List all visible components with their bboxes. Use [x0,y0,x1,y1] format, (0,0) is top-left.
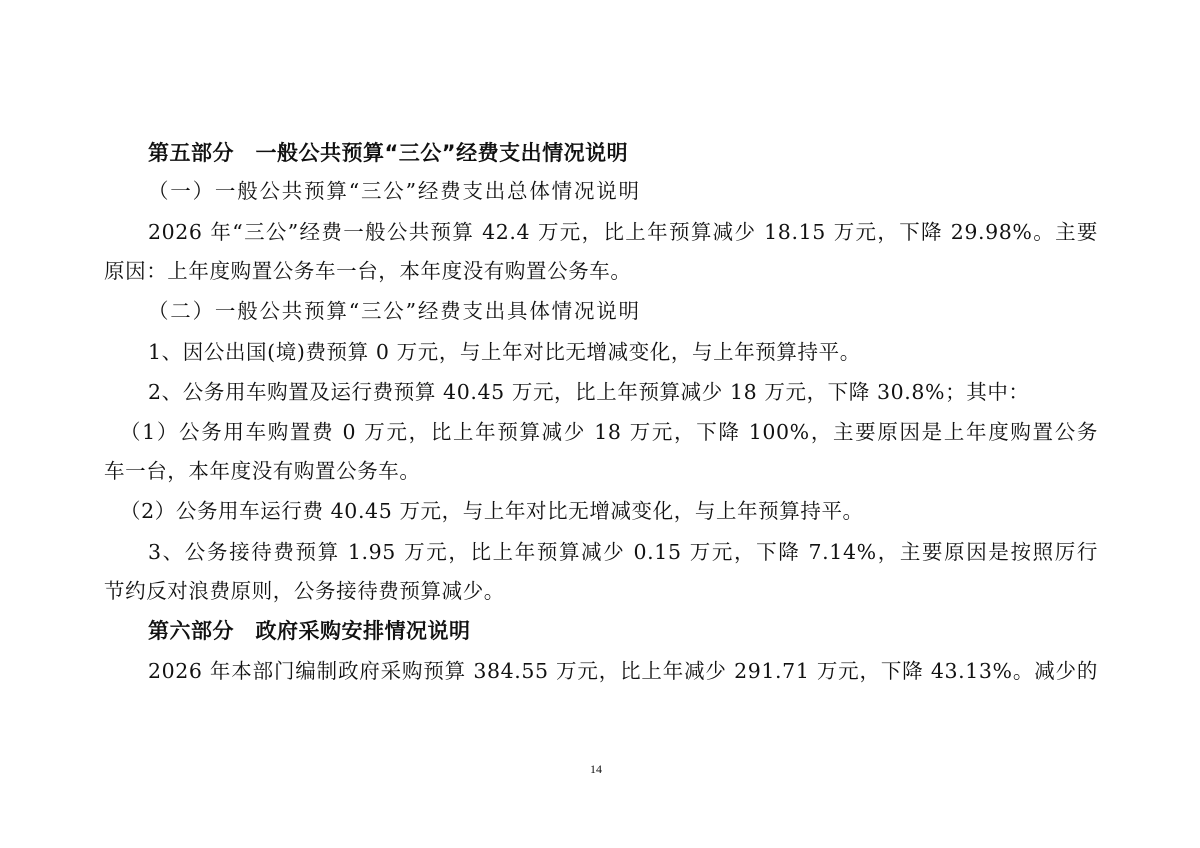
section5-item3-line2: 节约反对浪费原则，公务接待费预算减少。 [104,576,1099,606]
section5-sub1-heading: （一）一般公共预算“三公”经费支出总体情况说明 [148,176,1143,206]
section5-heading: 第五部分 一般公共预算“三公”经费支出情况说明 [148,138,1143,168]
section5-item3-line1: 3、公务接待费预算 1.95 万元，比上年预算减少 0.15 万元，下降 7.1… [148,537,1098,567]
section5-item2-2: （2）公务用车运行费 40.45 万元，与上年对比无增减变化，与上年预算持平。 [120,496,1115,526]
section5-item1: 1、因公出国(境)费预算 0 万元，与上年对比无增减变化，与上年预算持平。 [148,337,1143,367]
section5-item2-1-line1: （1）公务用车购置费 0 万元，比上年预算减少 18 万元，下降 100%，主要… [120,417,1098,447]
section5-item2-1-line2: 车一台，本年度没有购置公务车。 [104,456,1099,486]
section5-item2: 2、公务用车购置及运行费预算 40.45 万元，比上年预算减少 18 万元，下降… [148,377,1143,407]
section6-paragraph-line1: 2026 年本部门编制政府采购预算 384.55 万元，比上年减少 291.71… [148,656,1098,686]
section5-sub1-paragraph-line2: 原因：上年度购置公务车一台，本年度没有购置公务车。 [104,256,1099,286]
page-number: 14 [590,762,602,777]
section5-sub1-paragraph-line1: 2026 年“三公”经费一般公共预算 42.4 万元，比上年预算减少 18.15… [148,217,1098,247]
document-page: 第五部分 一般公共预算“三公”经费支出情况说明 （一）一般公共预算“三公”经费支… [0,0,1200,848]
section6-heading: 第六部分 政府采购安排情况说明 [148,616,1143,646]
section5-sub2-heading: （二）一般公共预算“三公”经费支出具体情况说明 [148,296,1143,326]
